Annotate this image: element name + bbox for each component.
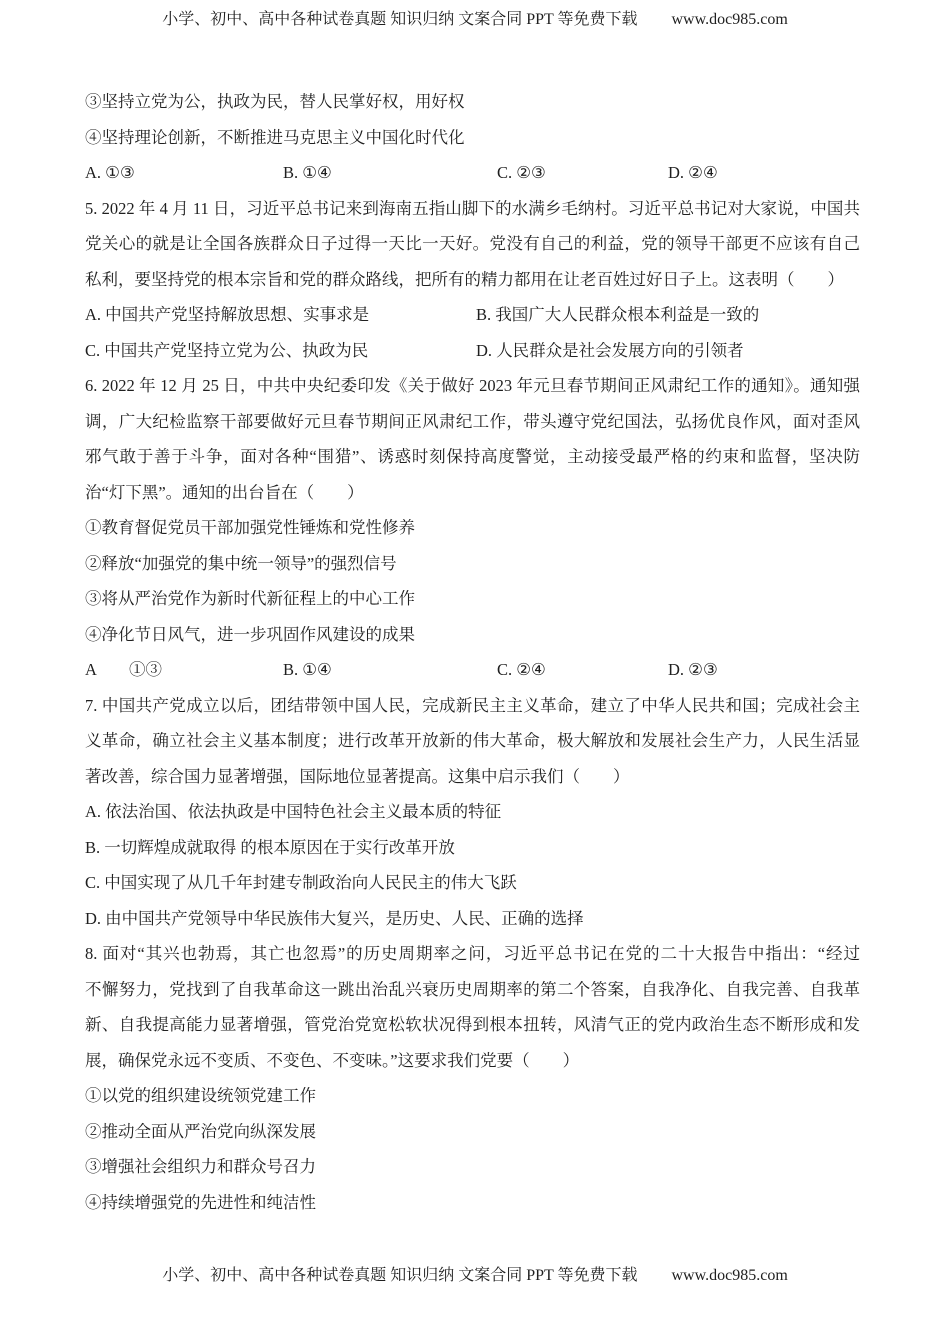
q6-stem-line-4: 治“灯下黑”。通知的出台旨在（ ） (85, 475, 860, 511)
q7-option-a: A. 依法治国、依法执政是中国特色社会主义最本质的特征 (85, 794, 860, 830)
q7-stem-line-2: 义革命，确立社会主义基本制度；进行改革开放新的伟大革命，极大解放和发展社会生产力… (85, 723, 860, 759)
q7-stem-line-3: 著改善，综合国力显著增强，国际地位显著提高。这集中启示我们（ ） (85, 759, 860, 795)
footer-site-url: www.doc985.com (672, 1266, 788, 1286)
header-promo-text: 小学、初中、高中各种试卷真题 知识归纳 文案合同 PPT 等免费下载 (162, 10, 637, 30)
q5-options-row-1: A. 中国共产党坚持解放思想、实事求是 B. 我国广大人民群众根本利益是一致的 (85, 297, 860, 333)
q7-stem-line-1: 7. 中国共产党成立以后，团结带领中国人民，完成新民主主义革命，建立了中华人民共… (85, 688, 860, 724)
q8-item-1: ①以党的组织建设统领党建工作 (85, 1078, 860, 1114)
q5-option-c: C. 中国共产党坚持立党为公、执政为民 (85, 333, 476, 369)
q6-item-4: ④净化节日风气，进一步巩固作风建设的成果 (85, 617, 860, 653)
q8-stem-line-2: 不懈努力，党找到了自我革命这一跳出治乱兴衰历史周期率的第二个答案，自我净化、自我… (85, 972, 860, 1008)
q7-option-c: C. 中国实现了从几千年封建专制政治向人民民主的伟大飞跃 (85, 865, 860, 901)
page-footer: 小学、初中、高中各种试卷真题 知识归纳 文案合同 PPT 等免费下载 www.d… (0, 1266, 950, 1286)
q6-option-b: B. ①④ (283, 652, 497, 688)
q6-option-a: A ①③ (85, 652, 283, 688)
q5-stem-line-1: 5. 2022 年 4 月 11 日，习近平总书记来到海南五指山脚下的水满乡毛纳… (85, 191, 860, 227)
q5-option-a: A. 中国共产党坚持解放思想、实事求是 (85, 297, 476, 333)
q5-stem-line-2: 党关心的就是让全国各族群众日子过得一天比一天好。党没有自己的利益，党的领导干部更… (85, 226, 860, 262)
q5-option-d: D. 人民群众是社会发展方向的引领者 (476, 333, 744, 369)
q6-stem-line-3: 邪气敢于善于斗争，面对各种“围猎”、诱惑时刻保持高度警觉，主动接受最严格的约束和… (85, 439, 860, 475)
q4-item-4: ④坚持理论创新，不断推进马克思主义中国化时代化 (85, 120, 860, 156)
q8-item-3: ③增强社会组织力和群众号召力 (85, 1149, 860, 1185)
q4-option-d: D. ②④ (668, 155, 718, 191)
page-header: 小学、初中、高中各种试卷真题 知识归纳 文案合同 PPT 等免费下载 www.d… (0, 10, 950, 30)
q6-item-2: ②释放“加强党的集中统一领导”的强烈信号 (85, 546, 860, 582)
q8-item-2: ②推动全面从严治党向纵深发展 (85, 1114, 860, 1150)
q6-option-c: C. ②④ (497, 652, 668, 688)
exam-document-page: 小学、初中、高中各种试卷真题 知识归纳 文案合同 PPT 等免费下载 www.d… (0, 0, 950, 1344)
q4-option-c: C. ②③ (497, 155, 668, 191)
q5-option-b: B. 我国广大人民群众根本利益是一致的 (476, 297, 759, 333)
q8-item-4: ④持续增强党的先进性和纯洁性 (85, 1185, 860, 1221)
q8-stem-line-1: 8. 面对“其兴也勃焉，其亡也忽焉”的历史周期率之问，习近平总书记在党的二十大报… (85, 936, 860, 972)
q5-options-row-2: C. 中国共产党坚持立党为公、执政为民 D. 人民群众是社会发展方向的引领者 (85, 333, 860, 369)
footer-promo-text: 小学、初中、高中各种试卷真题 知识归纳 文案合同 PPT 等免费下载 (162, 1266, 637, 1286)
q4-option-a: A. ①③ (85, 155, 283, 191)
q6-options-row: A ①③ B. ①④ C. ②④ D. ②③ (85, 652, 860, 688)
header-site-url: www.doc985.com (672, 10, 788, 30)
q4-option-b: B. ①④ (283, 155, 497, 191)
q7-option-d: D. 由中国共产党领导中华民族伟大复兴，是历史、人民、正确的选择 (85, 901, 860, 937)
exam-body: ③坚持立党为公，执政为民，替人民掌好权，用好权 ④坚持理论创新，不断推进马克思主… (85, 84, 860, 1220)
q8-stem-line-4: 展，确保党永远不变质、不变色、不变味。”这要求我们党要（ ） (85, 1043, 860, 1079)
q5-stem-line-3: 私利，要坚持党的根本宗旨和党的群众路线，把所有的精力都用在让老百姓过好日子上。这… (85, 262, 860, 298)
q6-stem-line-2: 调，广大纪检监察干部要做好元旦春节期间正风肃纪工作，带头遵守党纪国法，弘扬优良作… (85, 404, 860, 440)
q4-options-row: A. ①③ B. ①④ C. ②③ D. ②④ (85, 155, 860, 191)
q6-item-3: ③将从严治党作为新时代新征程上的中心工作 (85, 581, 860, 617)
q6-stem-line-1: 6. 2022 年 12 月 25 日，中共中央纪委印发《关于做好 2023 年… (85, 368, 860, 404)
q7-option-b: B. 一切辉煌成就取得 的根本原因在于实行改革开放 (85, 830, 860, 866)
q8-stem-line-3: 新、自我提高能力显著增强，管党治党宽松软状况得到根本扭转，风清气正的党内政治生态… (85, 1007, 860, 1043)
q6-option-d: D. ②③ (668, 652, 718, 688)
q6-item-1: ①教育督促党员干部加强党性锤炼和党性修养 (85, 510, 860, 546)
q4-item-3: ③坚持立党为公，执政为民，替人民掌好权，用好权 (85, 84, 860, 120)
